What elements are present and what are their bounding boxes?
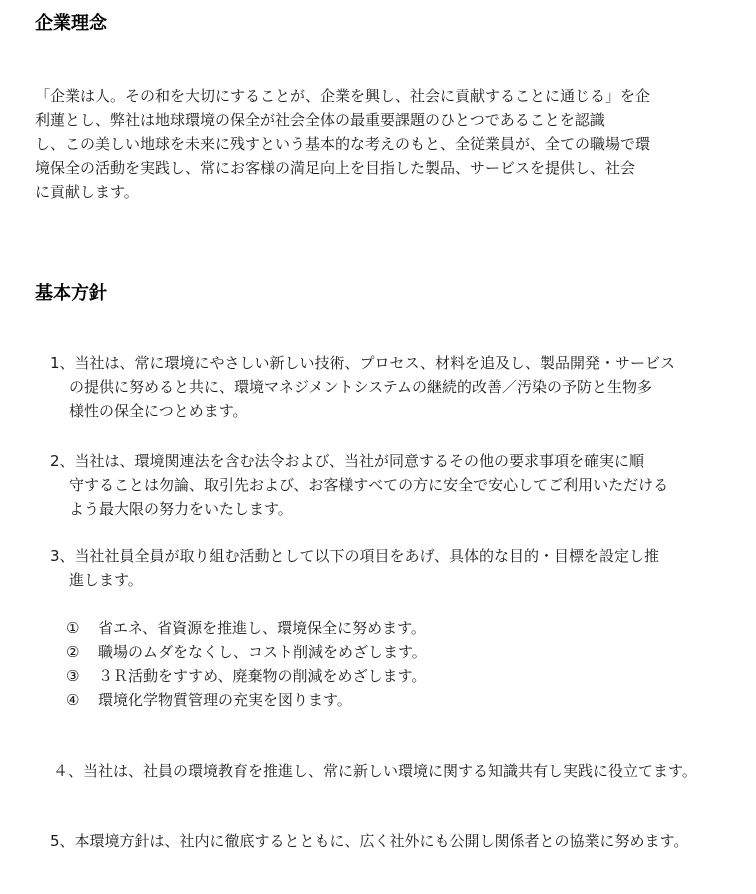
policy-number: 2、 [50,452,75,470]
policy-number: 5、 [50,832,75,850]
circled-number-4: ④ [66,688,98,712]
philosophy-paragraph: 「企業は人。その和を大切にすることが、企業を興し、社会に貢献することに通じる」を… [35,84,650,204]
policy-text: 当社は、常に環境にやさしい新しい技術、プロセス、材料を追及し、製品開発・サービス [75,354,675,372]
activity-item: ③３Ｒ活動をすすめ、廃棄物の削減をめざします。 [66,664,427,688]
policy-text: の提供に努めると共に、環境マネジメントシステムの継続的改善／汚染の予防と生物多 [50,375,675,399]
philosophy-line: に貢献します。 [35,180,650,204]
philosophy-line: 境保全の活動を実践し、常にお客様の満足向上を目指した製品、サービスを提供し、社会 [35,156,650,180]
activity-text: ３Ｒ活動をすすめ、廃棄物の削減をめざします。 [98,667,426,685]
circled-number-1: ① [66,616,98,640]
activity-item: ②職場のムダをなくし、コスト削減をめざします。 [66,640,427,664]
policy-heading: 基本方針 [35,279,107,305]
policy-number: 1、 [50,354,75,372]
policy-item-1: 1、当社は、常に環境にやさしい新しい技術、プロセス、材料を追及し、製品開発・サー… [50,351,675,423]
philosophy-line: し、この美しい地球を未来に残すという基本的な考えのもと、全従業員が、全ての職場で… [35,132,650,156]
policy-text: 当社は、環境関連法を含む法令および、当社が同意するその他の要求事項を確実に順 [75,452,644,470]
policy-number: ４、 [53,762,83,780]
policy-item-5: 5、本環境方針は、社内に徹底するとともに、広く社外にも公開し関係者との協業に努め… [50,829,688,853]
activity-item: ④環境化学物質管理の充実を図ります。 [66,688,427,712]
policy-number: 3、 [50,547,75,565]
circled-number-2: ② [66,640,98,664]
policy-text: 様性の保全につとめます。 [50,399,675,423]
circled-number-3: ③ [66,664,98,688]
policy-text: 当社社員全員が取り組む活動として以下の項目をあげ、具体的な目的・目標を設定し推 [75,547,659,565]
activity-text: 職場のムダをなくし、コスト削減をめざします。 [98,643,427,661]
activity-item: ①省エネ、省資源を推進し、環境保全に努めます。 [66,616,427,640]
policy-item-3: 3、当社社員全員が取り組む活動として以下の項目をあげ、具体的な目的・目標を設定し… [50,544,659,592]
philosophy-heading: 企業理念 [35,9,107,35]
policy-text: 当社は、社員の環境教育を推進し、常に新しい環境に関する知識共有し実践に役立てます… [83,762,697,780]
policy-item-2: 2、当社は、環境関連法を含む法令および、当社が同意するその他の要求事項を確実に順… [50,449,668,521]
philosophy-line: 「企業は人。その和を大切にすることが、企業を興し、社会に貢献することに通じる」を… [35,84,650,108]
activity-list: ①省エネ、省資源を推進し、環境保全に努めます。 ②職場のムダをなくし、コスト削減… [66,616,427,712]
activity-text: 省エネ、省資源を推進し、環境保全に努めます。 [98,619,426,637]
policy-text: よう最大限の努力をいたします。 [50,497,668,521]
policy-text: 守することは勿論、取引先および、お客様すべての方に安全で安心してご利用いただける [50,473,668,497]
activity-text: 環境化学物質管理の充実を図ります。 [98,691,352,709]
policy-text: 本環境方針は、社内に徹底するとともに、広く社外にも公開し関係者との協業に努めます… [75,832,689,850]
policy-item-4: ４、当社は、社員の環境教育を推進し、常に新しい環境に関する知識共有し実践に役立て… [53,759,697,783]
policy-text: 進します。 [50,568,659,592]
philosophy-line: 利蓮とし、弊社は地球環境の保全が社会全体の最重要課題のひとつであることを認識 [35,108,650,132]
